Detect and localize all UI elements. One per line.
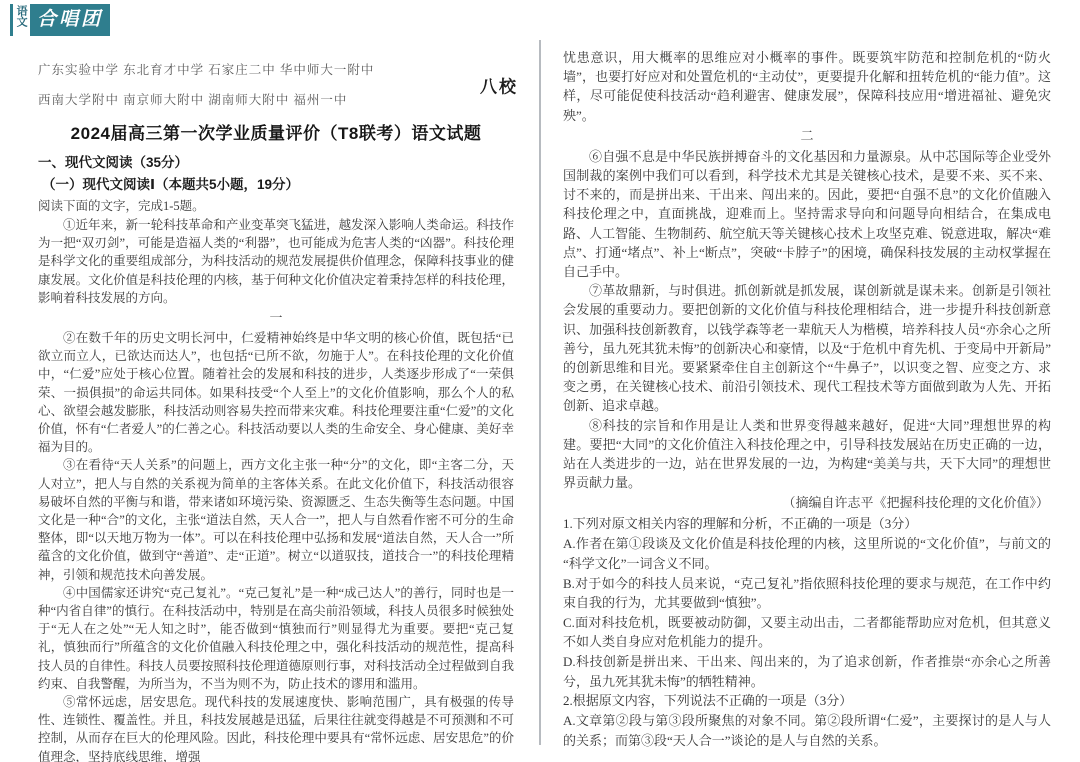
passage-paragraph-3: ③在看待“天人关系”的问题上，西方文化主张一种“分”的文化，即“主客二分，天人对… xyxy=(38,456,514,583)
question-1: 1.下列对原文相关内容的理解和分析，不正确的一项是（3分） xyxy=(563,514,1051,534)
reading-instruction: 阅读下面的文字，完成1-5题。 xyxy=(38,196,514,216)
subsection-heading: （一）现代文阅读Ⅰ（本题共5小题，19分） xyxy=(38,174,514,196)
site-logo: 语文 合唱团 xyxy=(10,4,110,36)
question-2: 2.根据原文内容，下列说法不正确的一项是（3分） xyxy=(563,691,1051,711)
passage-citation: （摘编自许志平《把握科技伦理的文化价值》） xyxy=(563,492,1051,514)
question-1-option-b: B.对于如今的科技人员来说，“克己复礼”指依照科技伦理的要求与规范，在工作中约束… xyxy=(563,574,1051,613)
passage-paragraph-2: ②在数千年的历史文明长河中，仁爱精神始终是中华文明的核心价值，既包括“已欲立而立… xyxy=(38,329,514,456)
passage-paragraph-4: ④中国儒家还讲究“克己复礼”。“克己复礼”是一种“成己达人”的善行，同时也是一种… xyxy=(38,584,514,693)
page-divider xyxy=(539,40,541,745)
school-list-line2: 西南大学附中 南京师大附中 湖南师大附中 福州一中 xyxy=(38,85,514,115)
question-1-option-a: A.作者在第①段谈及文化价值是科技伦理的内核，这里所说的“文化价值”，与前文的“… xyxy=(563,534,1051,573)
passage-paragraph-8: ⑧科技的宗旨和作用是让人类和世界变得越来越好，促进“大同”理想世界的构建。要把“… xyxy=(563,416,1051,493)
paper-title: 2024届高三第一次学业质量评价（T8联考）语文试题 xyxy=(38,119,514,144)
question-2-option-a: A.文章第②段与第③段所聚焦的对象不同。第②段所谓“仁爱”，主要探讨的是人与人的… xyxy=(563,711,1051,750)
page-right: 忧患意识，用大概率的思维应对小概率的事件。既要筑牢防范和控制危机的“防火墙”，也… xyxy=(563,48,1051,750)
part-divider-one: 一 xyxy=(38,310,514,326)
passage-paragraph-6: ⑥自强不息是中华民族拼搏奋斗的文化基因和力量源泉。从中芯国际等企业受外国制裁的案… xyxy=(563,147,1051,281)
question-1-option-c: C.面对科技危机，既要被动防御，又要主动出击，二者都能帮助应对危机，但其意义不如… xyxy=(563,613,1051,652)
logo-vertical-text: 语文 xyxy=(10,4,28,36)
page-left: 广东实验中学 东北育才中学 石家庄二中 华中师大一附中 西南大学附中 南京师大附… xyxy=(38,55,514,762)
section-heading: 一、现代文阅读（35分） xyxy=(38,152,514,174)
part-divider-two: 二 xyxy=(563,128,1051,144)
passage-paragraph-5: ⑤常怀远虑，居安思危。现代科技的发展速度快、影响范围广，具有极强的传导性、连锁性… xyxy=(38,693,514,762)
passage-paragraph-7: ⑦革故鼎新，与时俱进。抓创新就是抓发展，谋创新就是谋未来。创新是引领社会发展的重… xyxy=(563,281,1051,415)
passage-paragraph-5-continued: 忧患意识，用大概率的思维应对小概率的事件。既要筑牢防范和控制危机的“防火墙”，也… xyxy=(563,48,1051,125)
question-1-option-d: D.科技创新是拼出来、干出来、闯出来的，为了追求创新，作者推崇“亦余心之所善兮，… xyxy=(563,652,1051,691)
school-list-line1: 广东实验中学 东北育才中学 石家庄二中 华中师大一附中 xyxy=(38,55,514,85)
logo-main-text: 合唱团 xyxy=(30,4,110,36)
school-header: 广东实验中学 东北育才中学 石家庄二中 华中师大一附中 西南大学附中 南京师大附… xyxy=(38,55,514,115)
passage-paragraph-1: ①近年来，新一轮科技革命和产业变革突飞猛进，越发深入影响人类命运。科技作为一把“… xyxy=(38,216,514,307)
eight-schools-label: 八校 xyxy=(480,73,518,98)
